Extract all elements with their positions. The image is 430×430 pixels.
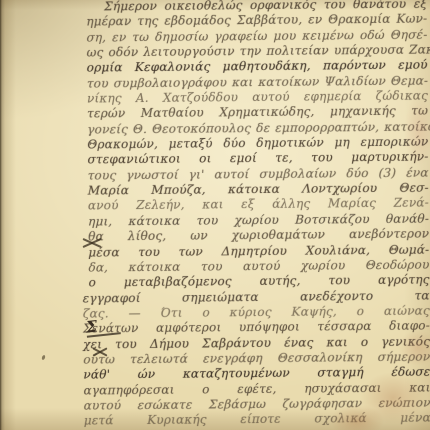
- manuscript-line: δα, κάτοικα του αυτού χωρίου Θεοδώρου: [88, 257, 430, 275]
- manuscript-text: Σήμερον οικειοθελώς ορφανικός του θανάτο…: [86, 0, 430, 429]
- manuscript-line: Θρακομών, μεταξύ δύο δημοτικών μη εμπορι…: [87, 135, 428, 153]
- ink-speck: [41, 355, 46, 361]
- manuscript-page: Σήμερον οικειοθελώς ορφανικός του θανάτο…: [0, 0, 430, 430]
- scan-edge-shadow: [0, 0, 16, 430]
- marginal-flourish: Σ: [85, 316, 121, 337]
- manuscript-line: μετά Κυριακής είποτε σχολικά μένα: [84, 411, 430, 429]
- manuscript-line: Σενάτων αμφότεροι υπόψηφοι τέσσαρα διαφο…: [83, 319, 430, 337]
